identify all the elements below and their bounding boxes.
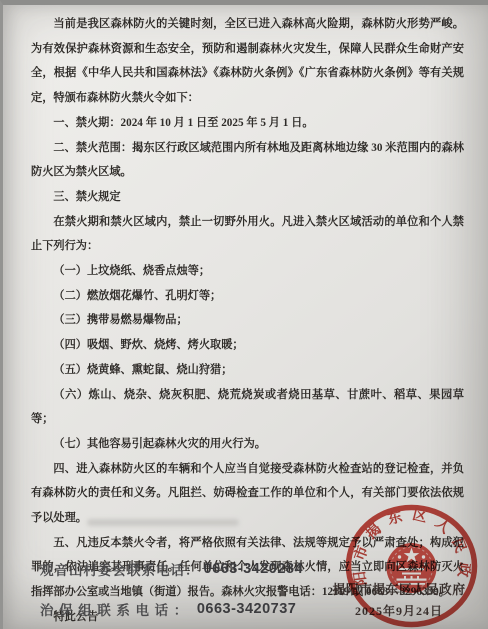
prohibited-item-6: （六）炼山、烧杂、烧灰积肥、烧荒烧炭或者烧田基草、甘蔗叶、稻草、果园草等； (31, 383, 464, 432)
contact-label: 治保组联系电话： (40, 599, 193, 619)
clause-rules-heading: 三、禁火规定 (31, 185, 464, 210)
clause-rules-lead: 在禁火期和禁火区域内，禁止一切野外用火。凡进入禁火区域活动的单位和个人禁止下列行… (31, 210, 464, 259)
notice-intro: 当前是我区森林防火的关键时刻，全区已进入森林高火险期，森林防火形势严峻。为有效保… (31, 12, 464, 111)
contact-phone: 0663-3420284 (204, 561, 304, 577)
national-emblem-icon (387, 543, 437, 593)
prohibited-item-1: （一）上坟烧纸、烧香点烛等； (31, 259, 464, 284)
contact-block: 观音山村委会联系电话： 0663-3420284 治保组联系电话： 0663-3… (40, 549, 303, 629)
prohibited-item-3: （三）携带易燃易爆物品； (31, 308, 464, 333)
contact-label: 观音山村委会联系电话： (40, 559, 200, 579)
document-photo: 当前是我区森林防火的关键时刻，全区已进入森林高火险期，森林防火形势严峻。为有效保… (0, 0, 488, 629)
official-seal: 揭阳市揭东区人民政府 (338, 502, 485, 629)
prohibited-item-5: （五）烧黄蜂、熏蛇鼠、烧山狩猎； (31, 358, 464, 383)
clause-fire-ban-period: 一、禁火期：2024 年 10 月 1 日至 2025 年 5 月 1 日。 (31, 111, 464, 136)
fold-mark (87, 519, 239, 526)
prohibited-item-4: （四）吸烟、野炊、烧烤、烤火取暖； (31, 333, 464, 358)
contact-village-committee: 观音山村委会联系电话： 0663-3420284 (40, 549, 303, 589)
clause-fire-ban-scope: 二、禁火范围：揭东区行政区域范围内所有林地及距离林地边缘 30 米范围内的森林防… (31, 136, 464, 185)
contact-phone: 0663-3420737 (197, 601, 297, 617)
prohibited-item-2: （二）燃放烟花爆竹、孔明灯等； (31, 284, 464, 309)
prohibited-item-7: （七）其他容易引起森林火灾的用火行为。 (31, 432, 464, 457)
contact-security-group: 治保组联系电话： 0663-3420737 (40, 589, 303, 629)
